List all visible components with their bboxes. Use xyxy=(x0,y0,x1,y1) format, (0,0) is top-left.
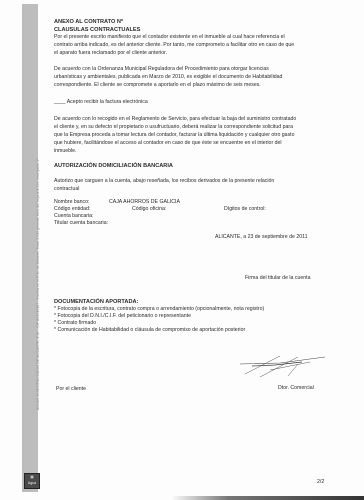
company-logo: ▦Agua xyxy=(24,473,40,489)
control-digits-label: Dígitos de control: xyxy=(224,206,266,213)
handwritten-signature-icon xyxy=(240,352,330,382)
clause-3-line-2: el cliente y, en su defecto el propietar… xyxy=(54,124,293,131)
clause-1-line-3: el aparato fuera reclamado por el client… xyxy=(54,50,167,57)
clause-1-line-2: contrato arriba indicado, es del anterio… xyxy=(54,42,294,49)
clause-3-line-5: inmueble. xyxy=(54,148,77,155)
page-number: 2/2 xyxy=(317,479,324,486)
clause-1-line-1: Por el presente escrito manifiesto que e… xyxy=(54,34,285,41)
bank-intro-line-2: contractual xyxy=(54,186,79,193)
scan-edge xyxy=(170,496,364,500)
clause-2-line-1: De acuerdo con la Ordenanza Municipal Re… xyxy=(54,66,269,73)
einvoice-checkbox-line[interactable]: ____ Acepto recibir la factura electróni… xyxy=(54,99,148,106)
margin-legal-text: AGUAS MUNICIPALIZADAS DE ALICANTE, E.M. … xyxy=(36,20,44,410)
date-line: ALICANTE, a 23 de septiembre de 2011 xyxy=(215,234,307,241)
commercial-signature-label: Dtor. Comercial xyxy=(278,385,314,392)
clause-3-line-3: que la Empresa proceda a tomar lectura d… xyxy=(54,132,295,139)
client-signature-label: Por el cliente xyxy=(56,386,86,393)
clause-3-line-4: que hubiere, facilitándose el acceso al … xyxy=(54,140,282,147)
office-code-label: Código oficina: xyxy=(132,206,166,213)
bank-section-title: AUTORIZACIÓN DOMICILIACIÓN BANCARIA xyxy=(54,163,173,170)
logo-label: Agua xyxy=(28,481,36,485)
doc-item-4: * Comunicación de Habitabilidad o cláusu… xyxy=(54,327,245,334)
logo-icon: ▦ xyxy=(30,475,33,479)
annex-title: ANEXO AL CONTRATO Nº xyxy=(54,19,123,26)
holder-signature-label: Firma del titular de la cuenta xyxy=(245,275,310,282)
bank-intro-line-1: Autorizo que carguen a la cuenta, abajo … xyxy=(54,178,274,185)
clause-2-line-3: correspondiente. El cliente se compromet… xyxy=(54,82,261,89)
clause-2-line-2: urbanísticas y ambientales, publicada en… xyxy=(54,74,282,81)
account-holder-label: Titular cuenta bancaria: xyxy=(54,220,108,227)
clause-3-line-1: De acuerdo con lo recogido en el Reglame… xyxy=(54,116,296,123)
